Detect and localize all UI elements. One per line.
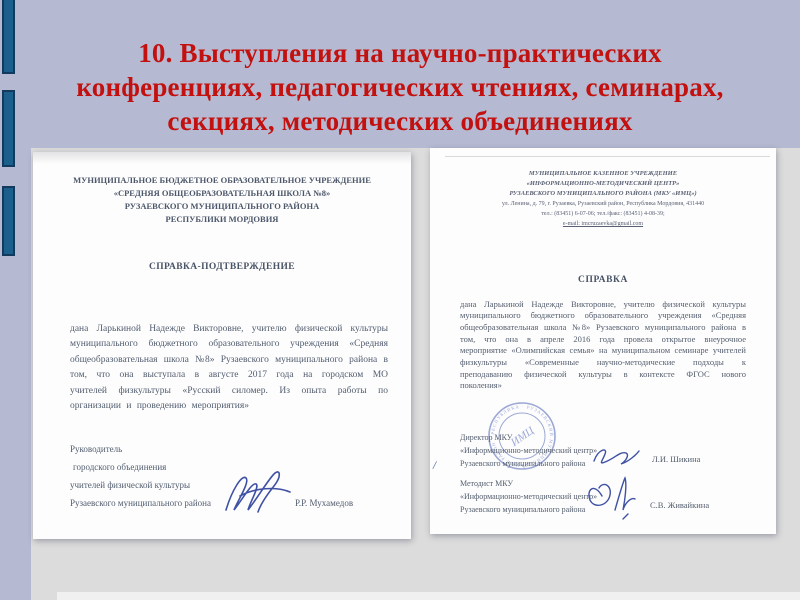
left-doc-header-line: «СРЕДНЯЯ ОБЩЕОБРАЗОВАТЕЛЬНАЯ ШКОЛА №8» — [41, 187, 403, 200]
slide-title-line-2: конференциях, педагогических чтениях, се… — [40, 70, 760, 104]
right-doc-letterhead-line: тел.: (83451) 6-07-06; тел./факс: (83451… — [436, 209, 770, 219]
accent-bar-bottom — [2, 186, 15, 256]
presentation-slide: 10. Выступления на научно-практических к… — [0, 0, 800, 600]
pen-mark: / — [432, 458, 437, 473]
slide-title-line-1: 10. Выступления на научно-практических — [40, 36, 760, 70]
signature-icon — [590, 443, 642, 469]
certificate-confirmation-scan: МУНИЦИПАЛЬНОЕ БЮДЖЕТНОЕ ОБРАЗОВАТЕЛЬНОЕ … — [33, 152, 411, 539]
right-doc-title: СПРАВКА — [430, 275, 776, 285]
slide-title: 10. Выступления на научно-практических к… — [40, 36, 760, 138]
left-doc-header-line: РУЗАЕВСКОГО МУНИЦИПАЛЬНОГО РАЙОНА — [41, 200, 403, 213]
signature-icon — [582, 474, 642, 520]
right-doc-signer-position: Директор МКУ — [460, 432, 512, 444]
left-doc-header: МУНИЦИПАЛЬНОЕ БЮДЖЕТНОЕ ОБРАЗОВАТЕЛЬНОЕ … — [41, 174, 403, 226]
right-doc-letterhead-line: «ИНФОРМАЦИОННО-МЕТОДИЧЕСКИЙ ЦЕНТР» — [436, 179, 770, 189]
accent-bar-top — [2, 0, 15, 74]
right-doc-letterhead-email: e-mail: imcruzaevka@gmail.com — [436, 219, 770, 229]
right-doc-body: дана Ларькиной Надежде Викторовне, учите… — [460, 299, 746, 393]
right-doc-signer-position: Методист МКУ — [460, 478, 513, 490]
left-doc-header-line: РЕСПУБЛИКИ МОРДОВИЯ — [41, 213, 403, 226]
slide-title-line-3: секциях, методических объединениях — [40, 104, 760, 138]
right-doc-signer-position: «Информационно-методический центр» — [460, 445, 597, 457]
right-doc-letterhead-line: ул. Ленина, д. 79, г. Рузаевка, Рузаевск… — [436, 199, 770, 209]
right-doc-letterhead-line: МУНИЦИПАЛЬНОЕ КАЗЕННОЕ УЧРЕЖДЕНИЕ — [436, 169, 770, 179]
left-doc-signer-name: Р.Р. Мухамедов — [295, 498, 353, 508]
left-doc-body: дана Ларькиной Надежде Викторовне, учите… — [70, 322, 388, 415]
right-doc-signer-position: Рузаевского муниципального района — [460, 504, 585, 516]
left-doc-signer-position: Рузаевского муниципального района — [70, 498, 211, 508]
left-doc-signer-position: городского объединения — [73, 462, 166, 472]
signature-icon — [218, 468, 310, 518]
right-doc-signer-position: «Информационно-методический центр» — [460, 491, 597, 503]
right-doc-letterhead: МУНИЦИПАЛЬНОЕ КАЗЕННОЕ УЧРЕЖДЕНИЕ «ИНФОР… — [436, 169, 770, 229]
right-doc-letterhead-line: РУЗАЕВСКОГО МУНИЦИПАЛЬНОГО РАЙОНА (МКУ «… — [436, 189, 770, 199]
left-doc-signer-position: Руководитель — [70, 444, 122, 454]
letterhead-rule — [445, 156, 770, 157]
right-doc-signer-position: Рузаевского муниципального района — [460, 458, 585, 470]
bottom-strip — [57, 592, 800, 600]
right-doc-signer-name: Л.И. Шикина — [652, 454, 700, 464]
left-doc-signer-position: учителей физической культуры — [70, 480, 190, 490]
left-doc-title: СПРАВКА-ПОДТВЕРЖДЕНИЕ — [33, 262, 411, 272]
right-doc-signer-name: С.В. Живайкина — [650, 500, 709, 510]
certificate-spravka-scan: МУНИЦИПАЛЬНОЕ КАЗЕННОЕ УЧРЕЖДЕНИЕ «ИНФОР… — [430, 148, 776, 534]
left-doc-header-line: МУНИЦИПАЛЬНОЕ БЮДЖЕТНОЕ ОБРАЗОВАТЕЛЬНОЕ … — [41, 174, 403, 187]
accent-bar-middle — [2, 90, 15, 167]
